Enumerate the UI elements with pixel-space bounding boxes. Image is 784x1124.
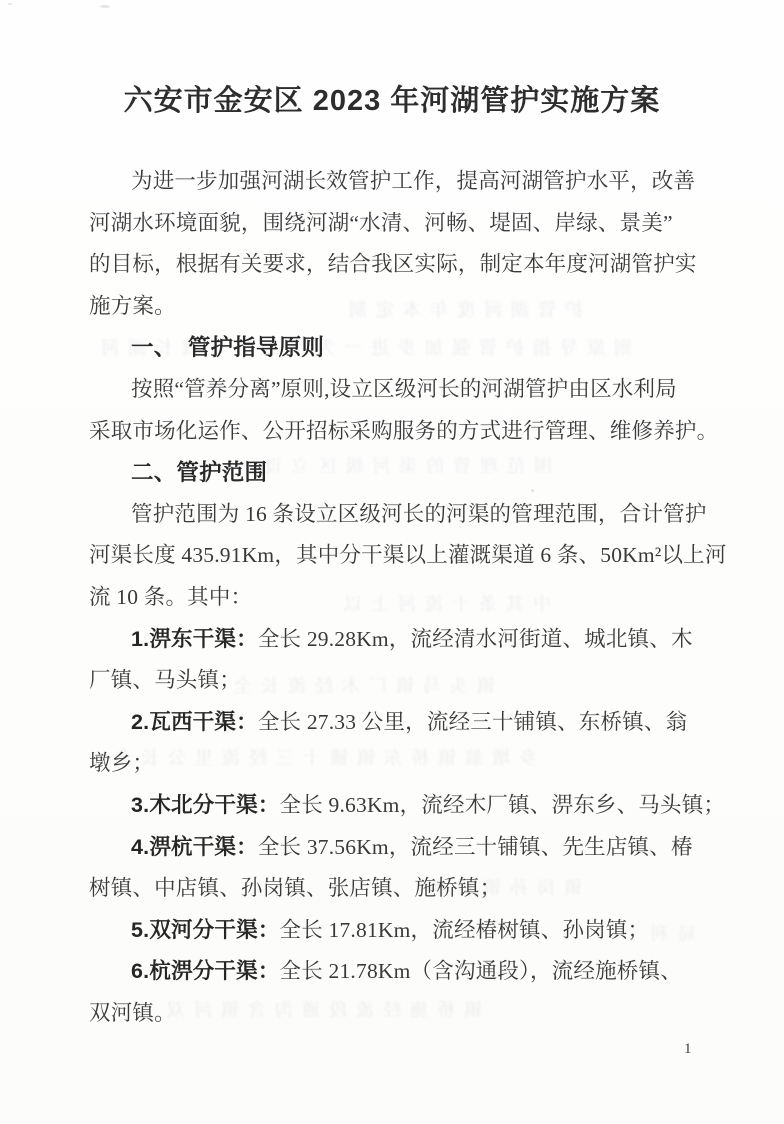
list-item-line: 6.杭淠分干渠：全长 21.78Km（含沟通段），流经施桥镇、: [89, 951, 701, 993]
scan-speck: [8, 3, 12, 5]
list-item-label: 1.淠东干渠：: [131, 627, 258, 651]
section-heading-1: 一、 管护指导原则: [89, 327, 701, 369]
list-item-label: 4.淠杭干渠：: [131, 835, 258, 859]
list-item-text: 全长 27.33 公里，流经三十铺镇、东桥镇、翁: [258, 710, 687, 734]
list-item-label: 2.瓦西干渠：: [131, 710, 258, 734]
paragraph-line: 管护范围为 16 条设立区级河长的河渠的管理范围，合计管护: [89, 494, 701, 536]
list-item-line: 4.淠杭干渠：全长 37.56Km，流经三十铺镇、先生店镇、椿: [89, 827, 701, 869]
list-item-text: 全长 29.28Km，流经清水河街道、城北镇、木: [258, 627, 693, 651]
scan-speck: [100, 5, 110, 8]
list-item-continuation: 厂镇、马头镇；: [89, 660, 701, 702]
paragraph-line: 河渠长度 435.91Km，其中分干渠以上灌溉渠道 6 条、50Km²以上河: [89, 535, 701, 577]
list-item-text: 全长 17.81Km，流经椿树镇、孙岗镇；: [280, 918, 650, 942]
paragraph-line: 的目标，根据有关要求，结合我区实际，制定本年度河湖管护实: [89, 244, 701, 286]
document-body: 为进一步加强河湖长效管护工作，提高河湖管护水平，改善 河湖水环境面貌，围绕河湖“…: [89, 161, 701, 1034]
scanned-document-page: 护管湖河度年本定制 则原导指护管强加步进一为作工护管效长湖河 围范理管的渠河级区…: [0, 0, 784, 1124]
page-number: 1: [684, 1041, 692, 1058]
list-item-line: 3.木北分干渠：全长 9.63Km，流经木厂镇、淠东乡、马头镇；: [89, 785, 701, 827]
document-title: 六安市金安区 2023 年河湖管护实施方案: [0, 78, 784, 119]
paragraph-line: 施方案。: [89, 286, 701, 328]
list-item-label: 3.木北分干渠：: [131, 793, 280, 817]
list-item-continuation: 墩乡；: [89, 743, 701, 785]
list-item-continuation: 树镇、中店镇、孙岗镇、张店镇、施桥镇；: [89, 868, 701, 910]
section-heading-2: 二、管护范围: [89, 452, 701, 494]
list-item-label: 5.双河分干渠：: [131, 918, 280, 942]
list-item-text: 全长 9.63Km，流经木厂镇、淠东乡、马头镇；: [280, 793, 726, 817]
list-item-label: 6.杭淠分干渠：: [131, 959, 280, 983]
list-item-continuation: 双河镇。: [89, 993, 701, 1035]
paragraph-line: 流 10 条。其中：: [89, 577, 701, 619]
list-item-line: 5.双河分干渠：全长 17.81Km，流经椿树镇、孙岗镇；: [89, 910, 701, 952]
list-item-line: 1.淠东干渠：全长 29.28Km，流经清水河街道、城北镇、木: [89, 619, 701, 661]
list-item-line: 2.瓦西干渠：全长 27.33 公里，流经三十铺镇、东桥镇、翁: [89, 702, 701, 744]
list-item-text: 全长 21.78Km（含沟通段），流经施桥镇、: [280, 959, 682, 983]
paragraph-line: 为进一步加强河湖长效管护工作，提高河湖管护水平，改善: [89, 161, 701, 203]
paragraph-line: 河湖水环境面貌，围绕河湖“水清、河畅、堤固、岸绿、景美”: [89, 203, 701, 245]
paragraph-line: 采取市场化运作、公开招标采购服务的方式进行管理、维修养护。: [89, 411, 701, 453]
list-item-text: 全长 37.56Km，流经三十铺镇、先生店镇、椿: [258, 835, 693, 859]
paragraph-line: 按照“管养分离”原则,设立区级河长的河湖管护由区水利局: [89, 369, 701, 411]
